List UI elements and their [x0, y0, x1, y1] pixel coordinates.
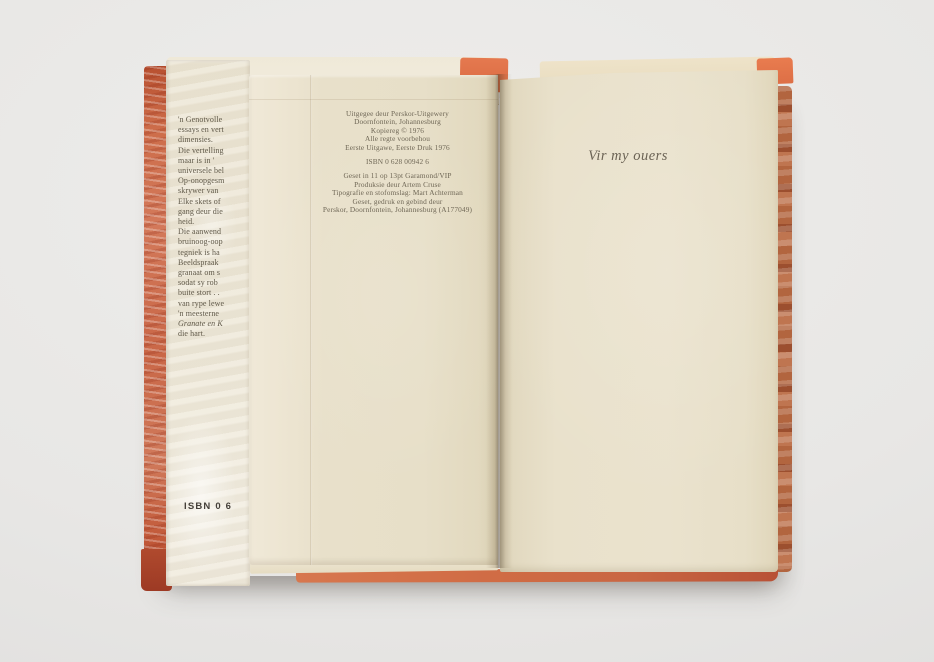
blurb-line: heid. [178, 217, 249, 227]
blurb-line: buite stort . . [178, 288, 249, 298]
flap-blurb: 'n Genotvolle essays en vert dimensies. … [178, 115, 249, 347]
blurb-line: essays en vert [178, 125, 249, 135]
blurb-line: skrywer van [178, 186, 249, 196]
blurb-line: granaat om s [178, 268, 249, 278]
blurb-line: tegniek is ha [178, 248, 249, 258]
blurb-line: Beeldspraak [178, 258, 249, 268]
blurb-line: universele bel [178, 166, 249, 176]
cover-edge-right [777, 86, 792, 572]
copyright-imprint-block: Uitgegee deur Perskor-Uitgewery Doornfon… [300, 110, 495, 214]
dedication-text: Vir my ouers [553, 147, 703, 165]
colophon-line: Perskor, Doornfontein, Johannesburg (A17… [300, 206, 495, 214]
blurb-line: 'n meesterne [178, 309, 249, 319]
flap-isbn-label: ISBN 0 6 [184, 501, 232, 512]
blurb-line: Op-onopgesm [178, 176, 249, 186]
blurb-line: 'n Genotvolle [178, 115, 249, 125]
isbn-line: ISBN 0 628 00942 6 [300, 158, 495, 166]
blurb-line: van rype lewe [178, 299, 249, 309]
blurb-line: Elke skets of [178, 197, 249, 207]
blurb-line: die hart. [178, 329, 249, 339]
dedication-page [500, 68, 778, 572]
blurb-line: bruinoog-oop [178, 237, 249, 247]
blurb-line: dimensies. [178, 135, 249, 145]
blurb-line: sodat sy rob [178, 278, 249, 288]
imprint-line: Eerste Uitgawe, Eerste Druk 1976 [300, 144, 495, 152]
blurb-line: Die aanwend [178, 227, 249, 237]
blurb-line: Die vertelling [178, 146, 249, 156]
blurb-line-title-italic: Granate en K [178, 319, 249, 329]
photo-scene: 'n Genotvolle essays en vert dimensies. … [0, 0, 934, 662]
blurb-line: maar is in ' [178, 156, 249, 166]
blurb-line: gang deur die [178, 207, 249, 217]
